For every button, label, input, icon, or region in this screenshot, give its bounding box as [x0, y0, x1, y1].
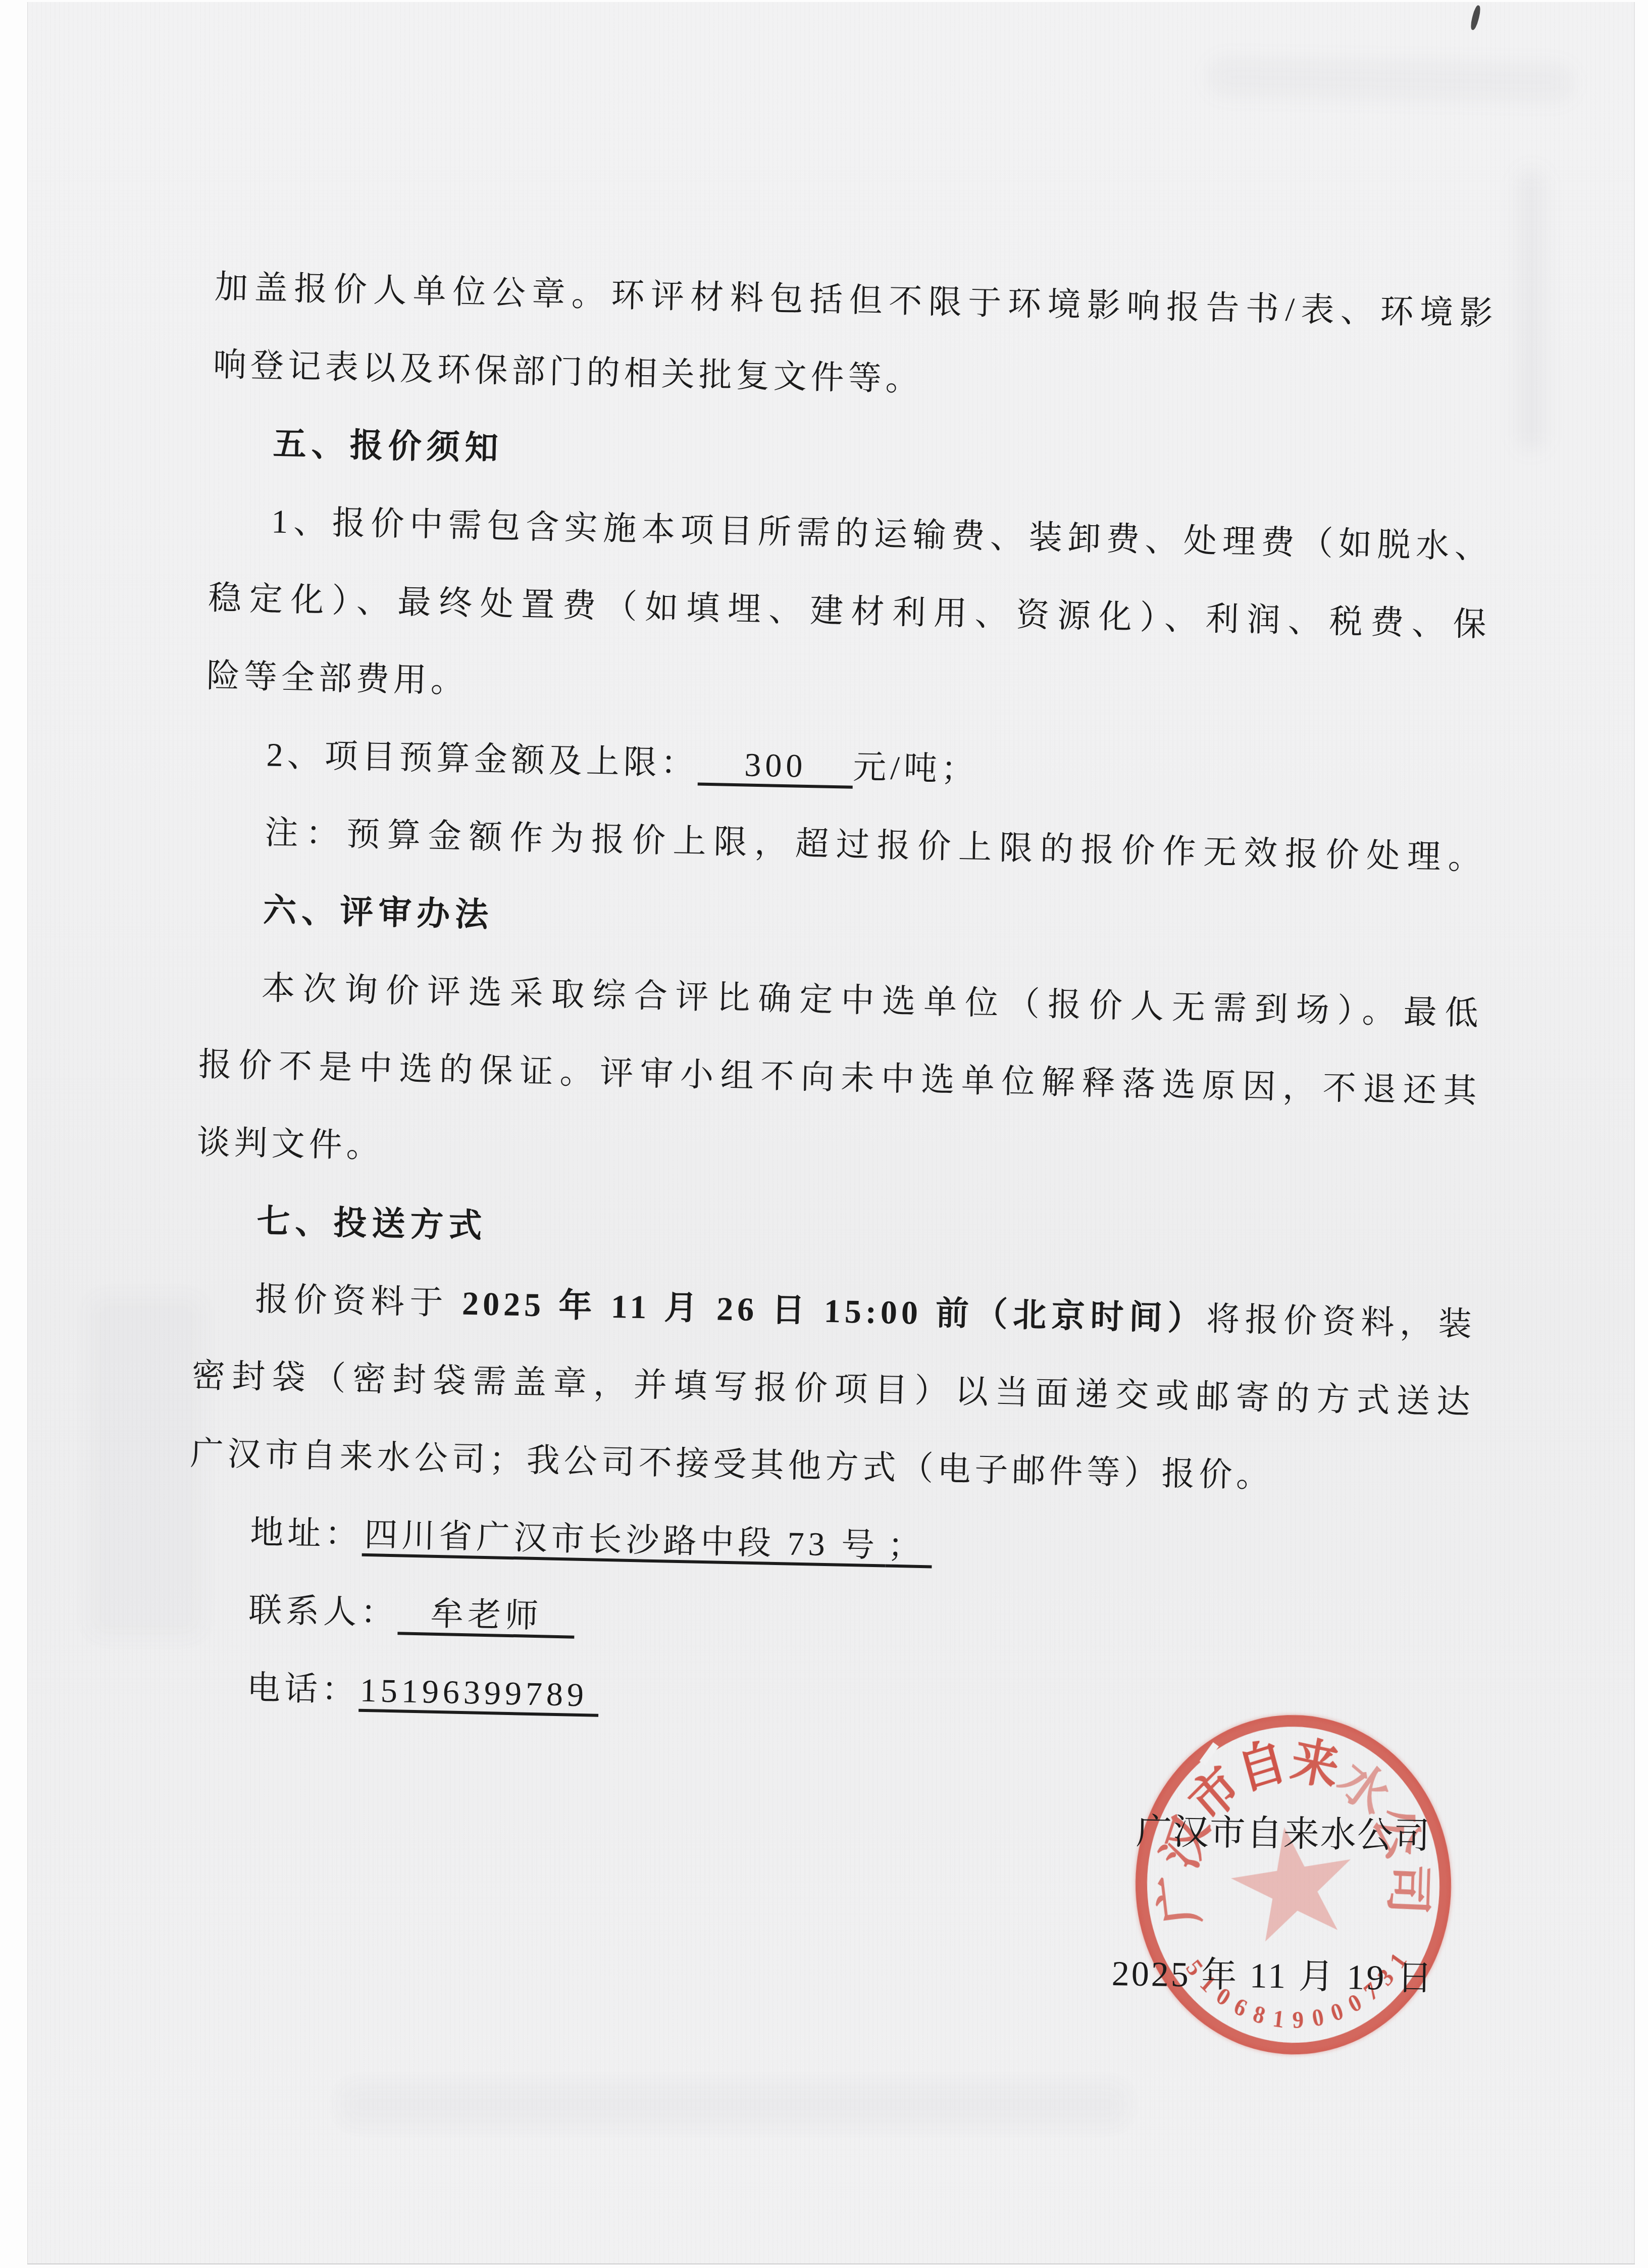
budget-unit: 元/吨；: [853, 749, 979, 788]
scanned-document: { "doc": { "para_env_l1": "加盖报价人单位公章。环评材…: [0, 0, 1648, 2268]
seal-ring-char: 广: [1146, 1869, 1204, 1931]
address-label: 地址：: [250, 1514, 363, 1553]
signature-date: 2025 年 11 月 19 日: [1111, 1945, 1434, 2001]
company-seal-stamp: 广 汉 市 自 来 水 公 司 5 1 0 6 8 1 9 0 0 0 7 3 …: [1129, 1709, 1457, 2059]
deadline-prefix: 报价资料于: [254, 1281, 448, 1322]
budget-label: 2、项目预算金额及上限：: [266, 737, 698, 783]
ink-mark: [1469, 5, 1482, 31]
signature-company-name: 广汉市自来水公司: [1136, 1802, 1431, 1858]
budget-amount-underlined: 300: [698, 745, 854, 788]
document-body: 加盖报价人单位公章。环评材料包括但不限于环境影响报告书/表、环境影 响登记表以及…: [183, 248, 1498, 1816]
address-value-underlined: 四川省广汉市长沙路中段 73 号: [362, 1517, 886, 1568]
phone-value-underlined: 15196399789: [358, 1672, 599, 1717]
bleedthrough-smudge: [1208, 59, 1572, 102]
contact-value-underlined: 牟老师: [397, 1595, 575, 1638]
document-page: 加盖报价人单位公章。环评材料包括但不限于环境影响报告书/表、环境影 响登记表以及…: [27, 2, 1635, 2263]
contact-label: 联系人：: [248, 1592, 398, 1632]
bleedthrough-smudge: [340, 2083, 1128, 2126]
address-suffix: ；: [885, 1528, 933, 1569]
deadline-suffix: 将报价资料，装: [1206, 1301, 1476, 1343]
bleedthrough-smudge: [1517, 169, 1546, 451]
seal-ring-char: 司: [1385, 1860, 1439, 1919]
seal-ring-text: 广 汉 市 自 来 水 公 司 5 1 0 6 8 1 9 0 0 0 7 3 …: [1129, 1697, 1458, 2073]
bleedthrough-smudge: [88, 1295, 204, 1638]
phone-label: 电话：: [246, 1670, 359, 1709]
deadline-datetime: 2025 年 11 月 26 日 15:00 前（北京时间）: [462, 1285, 1207, 1338]
